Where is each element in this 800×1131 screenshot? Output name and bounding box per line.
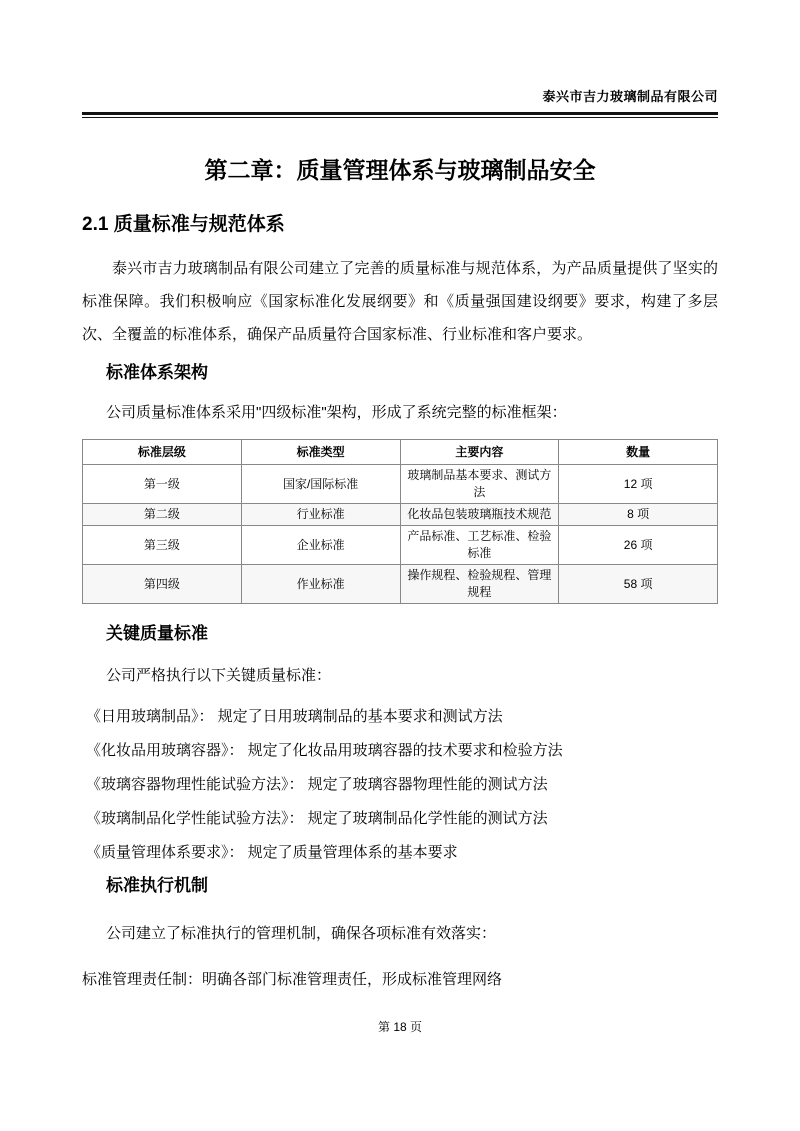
table-cell: 玻璃制品基本要求、测试方法 [400, 465, 559, 504]
list-item: 《质量管理体系要求》： 规定了质量管理体系的基本要求 [86, 836, 718, 870]
table-cell: 第一级 [83, 465, 242, 504]
table-cell: 作业标准 [241, 565, 400, 604]
table-cell: 58 项 [559, 565, 718, 604]
header-rule [82, 112, 718, 118]
list-item: 《化妆品用玻璃容器》： 规定了化妆品用玻璃容器的技术要求和检验方法 [86, 734, 718, 768]
table-cell: 行业标准 [241, 504, 400, 526]
list-item: 《玻璃制品化学性能试验方法》： 规定了玻璃制品化学性能的测试方法 [86, 802, 718, 836]
table-row: 第三级 企业标准 产品标准、工艺标准、检验标准 26 项 [83, 526, 718, 565]
table-header-cell: 标准层级 [83, 440, 242, 465]
subheading-execution: 标准执行机制 [106, 874, 718, 898]
subheading-architecture: 标准体系架构 [106, 361, 718, 385]
document-page: 泰兴市吉力玻璃制品有限公司 第二章：质量管理体系与玻璃制品安全 2.1 质量标准… [0, 0, 800, 1131]
page-footer: 第 18 页 [0, 1018, 800, 1035]
table-cell: 8 项 [559, 504, 718, 526]
table-cell: 化妆品包装玻璃瓶技术规范 [400, 504, 559, 526]
table-cell: 26 项 [559, 526, 718, 565]
table-header-row: 标准层级 标准类型 主要内容 数量 [83, 440, 718, 465]
table-header-cell: 数量 [559, 440, 718, 465]
table-cell: 企业标准 [241, 526, 400, 565]
execution-intro-paragraph: 公司建立了标准执行的管理机制，确保各项标准有效落实： [106, 922, 718, 946]
table-cell: 12 项 [559, 465, 718, 504]
section-heading: 2.1 质量标准与规范体系 [82, 212, 718, 238]
table-row: 第一级 国家/国际标准 玻璃制品基本要求、测试方法 12 项 [83, 465, 718, 504]
key-standards-list: 《日用玻璃制品》： 规定了日用玻璃制品的基本要求和测试方法 《化妆品用玻璃容器》… [86, 700, 718, 870]
list-item: 《日用玻璃制品》： 规定了日用玻璃制品的基本要求和测试方法 [86, 700, 718, 734]
key-standards-intro-paragraph: 公司严格执行以下关键质量标准： [106, 664, 718, 688]
table-cell: 第四级 [83, 565, 242, 604]
table-cell: 国家/国际标准 [241, 465, 400, 504]
table-row: 第四级 作业标准 操作规程、检验规程、管理规程 58 项 [83, 565, 718, 604]
table-cell: 第三级 [83, 526, 242, 565]
table-header-cell: 标准类型 [241, 440, 400, 465]
standards-table: 标准层级 标准类型 主要内容 数量 第一级 国家/国际标准 玻璃制品基本要求、测… [82, 439, 718, 604]
chapter-title: 第二章：质量管理体系与玻璃制品安全 [82, 154, 718, 186]
table-cell: 产品标准、工艺标准、检验标准 [400, 526, 559, 565]
page-header: 泰兴市吉力玻璃制品有限公司 [82, 88, 718, 118]
subheading-key-standards: 关键质量标准 [106, 622, 718, 646]
company-name: 泰兴市吉力玻璃制品有限公司 [82, 88, 718, 106]
list-item: 《玻璃容器物理性能试验方法》： 规定了玻璃容器物理性能的测试方法 [86, 768, 718, 802]
table-header-cell: 主要内容 [400, 440, 559, 465]
section-intro-paragraph: 泰兴市吉力玻璃制品有限公司建立了完善的质量标准与规范体系，为产品质量提供了坚实的… [82, 252, 718, 351]
table-cell: 操作规程、检验规程、管理规程 [400, 565, 559, 604]
execution-item-paragraph: 标准管理责任制：明确各部门标准管理责任，形成标准管理网络 [82, 968, 718, 992]
page-number: 第 18 页 [378, 1020, 422, 1034]
table-cell: 第二级 [83, 504, 242, 526]
table-row: 第二级 行业标准 化妆品包装玻璃瓶技术规范 8 项 [83, 504, 718, 526]
architecture-intro-paragraph: 公司质量标准体系采用"四级标准"架构，形成了系统完整的标准框架： [106, 401, 718, 425]
